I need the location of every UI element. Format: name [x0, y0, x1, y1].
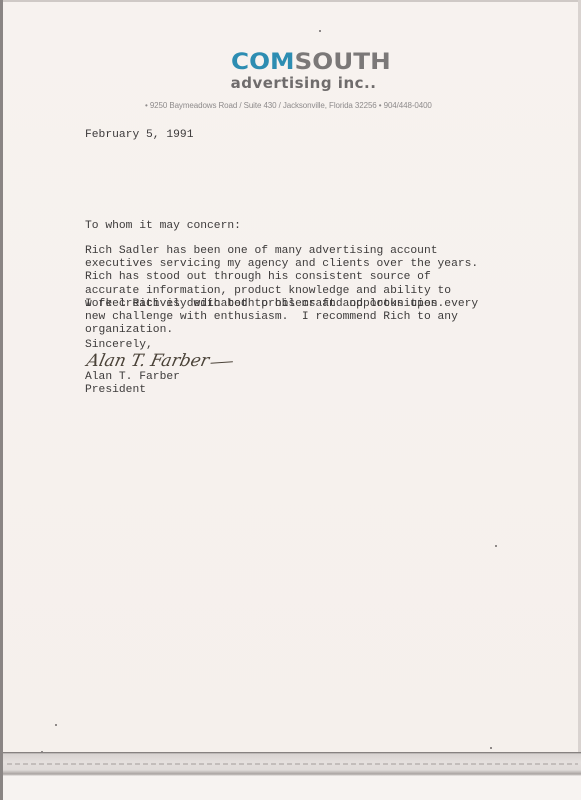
- letter-paragraph: I feel Rich is dedicated to his craft an…: [85, 298, 478, 338]
- paper-speck: [495, 545, 497, 547]
- paper-speck: [319, 30, 321, 32]
- letterhead: COMSOUTH advertising inc..: [3, 52, 581, 93]
- signature-text: Alan T. Farber: [85, 351, 211, 371]
- handwritten-signature: Alan T. Farber: [85, 351, 235, 371]
- perforation-line: [7, 763, 578, 765]
- letter-date: February 5, 1991: [85, 129, 193, 142]
- signer-name: Alan T. Farber: [85, 371, 180, 384]
- page-bottom-margin: [3, 776, 581, 800]
- page-fold-strip: [3, 752, 581, 776]
- letter-salutation: To whom it may concern:: [85, 220, 241, 233]
- paper-speck: [55, 724, 57, 726]
- signature-flourish: [210, 360, 233, 364]
- logo-subtitle: advertising inc..: [231, 75, 377, 91]
- logo-wordmark: COMSOUTH: [231, 52, 394, 74]
- logo-com: COM: [231, 50, 295, 75]
- logo-south: SOUTH: [294, 50, 390, 75]
- signer-title: President: [85, 384, 146, 397]
- company-logo: COMSOUTH advertising inc..: [231, 52, 377, 91]
- company-address: • 9250 Baymeadows Road / Suite 430 / Jac…: [145, 101, 432, 110]
- letter-page: COMSOUTH advertising inc.. • 9250 Baymea…: [0, 0, 581, 800]
- paper-speck: [490, 747, 492, 749]
